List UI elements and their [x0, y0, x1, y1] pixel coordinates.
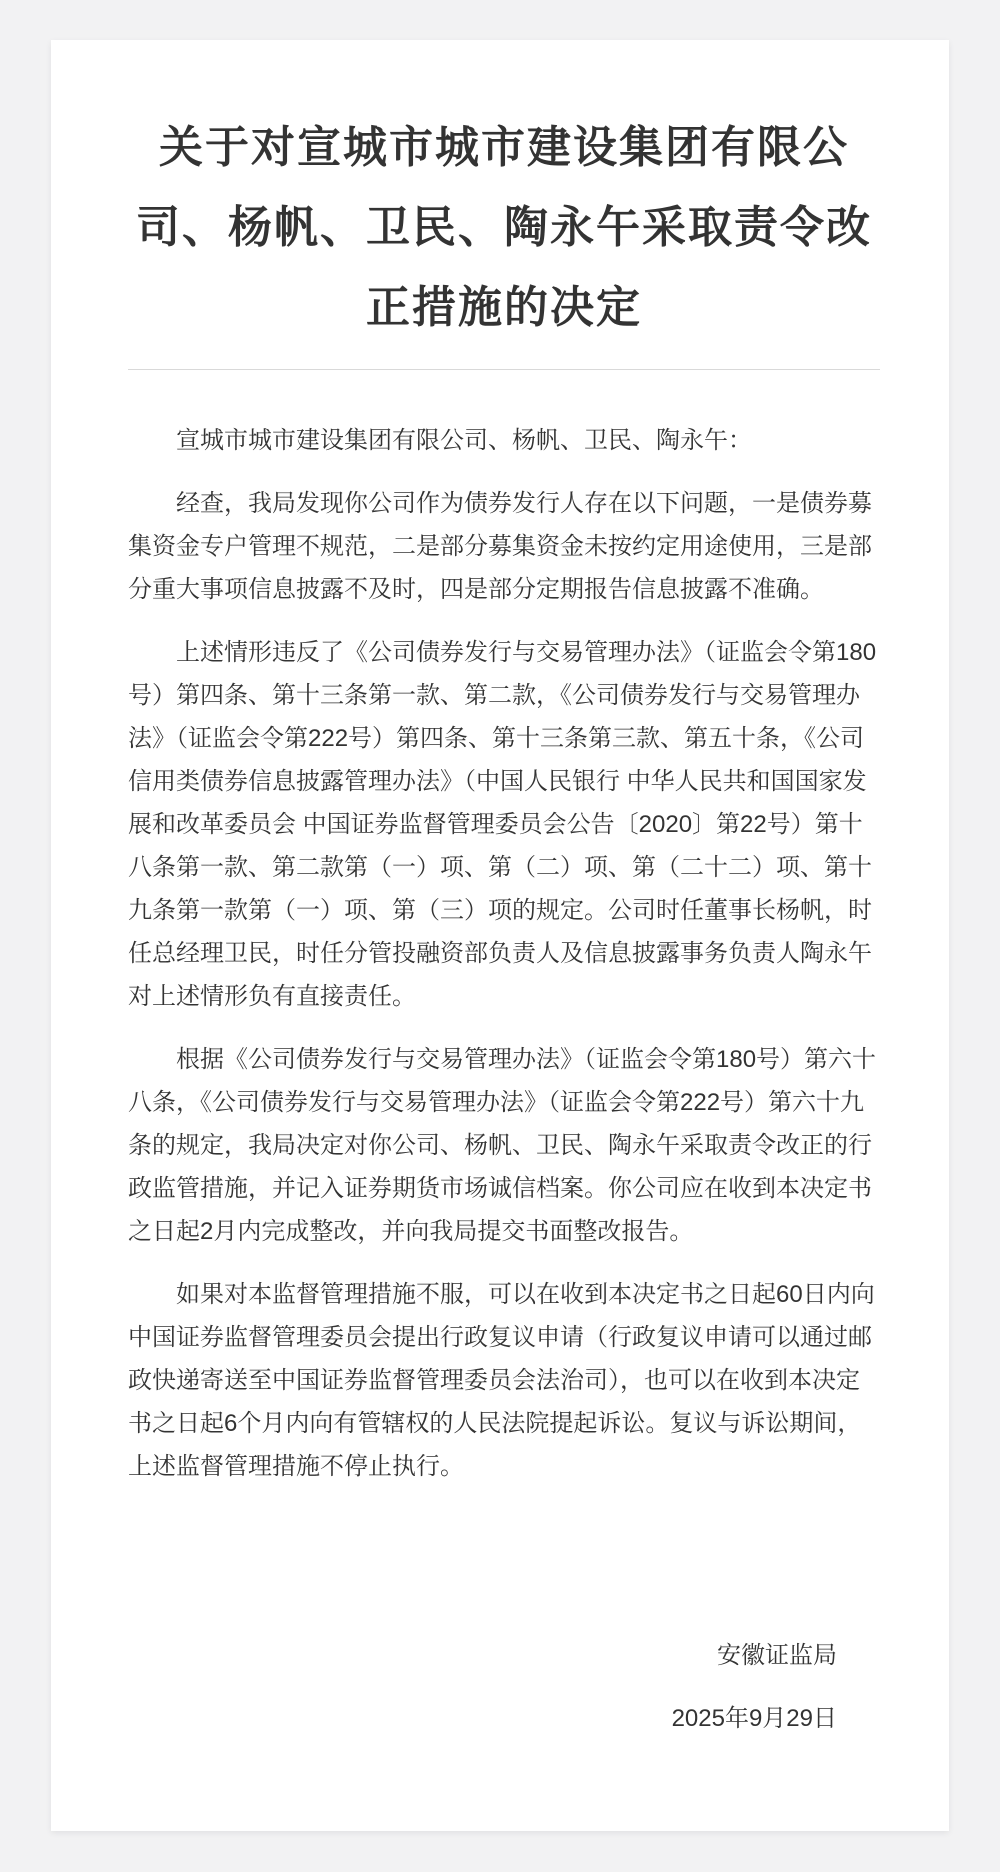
document-title: 关于对宣城市城市建设集团有限公 司、杨帆、卫民、陶永午采取责令改 正措施的决定 — [128, 108, 880, 348]
signature-agency: 安徽证监局 — [672, 1634, 837, 1677]
document-card: 关于对宣城市城市建设集团有限公 司、杨帆、卫民、陶永午采取责令改 正措施的决定 … — [51, 40, 949, 1831]
title-divider — [128, 369, 880, 370]
paragraph-violations: 上述情形违反了《公司债券发行与交易管理办法》（证监会令第180号）第四条、第十三… — [128, 631, 880, 1018]
signature-date: 2025年9月29日 — [672, 1697, 837, 1740]
title-line-2: 司、杨帆、卫民、陶永午采取责令改 — [128, 188, 880, 268]
salutation: 宣城市城市建设集团有限公司、杨帆、卫民、陶永午： — [128, 419, 880, 462]
paragraph-findings: 经查，我局发现你公司作为债券发行人存在以下问题，一是债券募集资金专户管理不规范，… — [128, 482, 880, 611]
signature-block: 安徽证监局 2025年9月29日 — [672, 1634, 837, 1740]
title-line-1: 关于对宣城市城市建设集团有限公 — [128, 108, 880, 188]
paragraph-appeal: 如果对本监督管理措施不服，可以在收到本决定书之日起60日内向中国证券监督管理委员… — [128, 1273, 880, 1488]
title-line-3: 正措施的决定 — [128, 268, 880, 348]
document-body: 宣城市城市建设集团有限公司、杨帆、卫民、陶永午： 经查，我局发现你公司作为债券发… — [128, 419, 880, 1488]
paragraph-decision: 根据《公司债券发行与交易管理办法》（证监会令第180号）第六十八条，《公司债券发… — [128, 1038, 880, 1253]
